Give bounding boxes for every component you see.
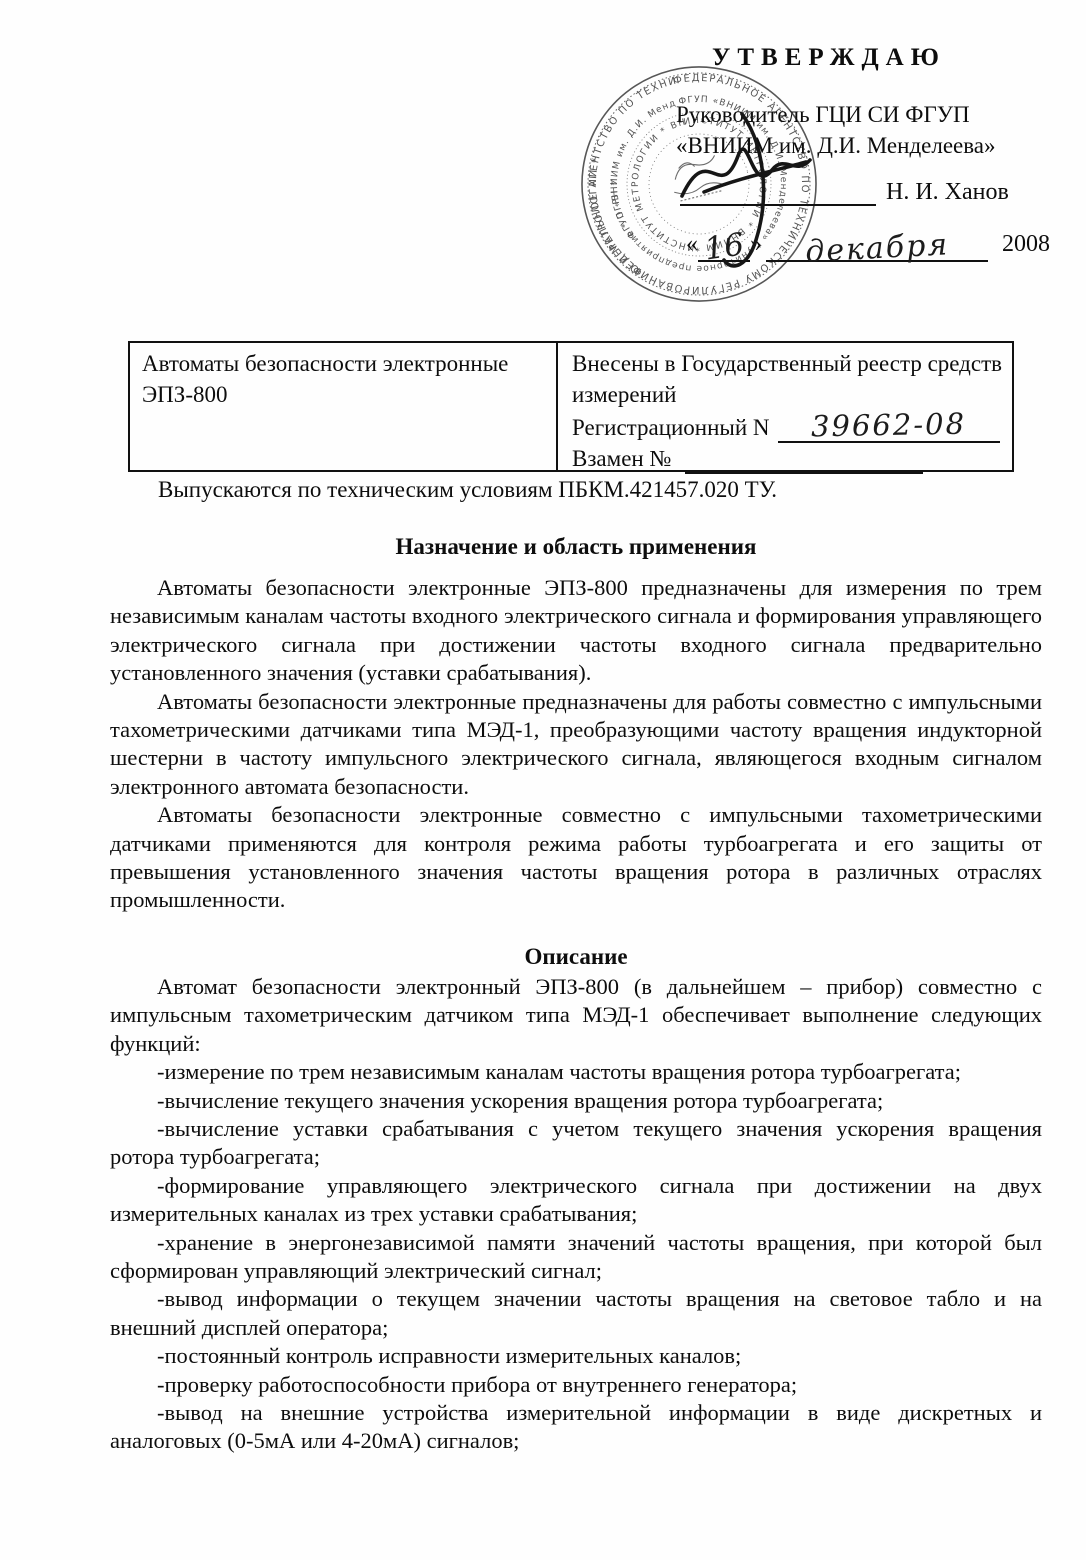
- list-item: -вычисление текущего значения ускорения …: [110, 1087, 1042, 1115]
- list-item: -вывод информации о текущем значении час…: [110, 1285, 1042, 1342]
- replaces-blank-field: [685, 448, 923, 474]
- paragraph: Автоматы безопасности электронные предна…: [110, 688, 1042, 802]
- registration-number-row: Регистрационный N 39662-08: [572, 410, 1012, 443]
- technical-conditions-line: Выпускаются по техническим условиям ПБКМ…: [158, 477, 777, 503]
- list-item: -проверку работоспособности прибора от в…: [110, 1371, 1042, 1399]
- registry-info-table: Автоматы безопасности электронные ЭПЗ-80…: [128, 341, 1014, 472]
- date-year: 2008: [1002, 226, 1050, 262]
- table-cell-product: Автоматы безопасности электронные ЭПЗ-80…: [130, 343, 558, 470]
- replaces-label: Взамен №: [572, 443, 671, 474]
- paragraph: Автоматы безопасности электронные ЭПЗ-80…: [110, 574, 1042, 688]
- section-title-purpose: Назначение и область применения: [110, 533, 1042, 561]
- paragraph: Автомат безопасности электронный ЭПЗ-800…: [110, 973, 1042, 1058]
- replaces-row: Взамен №: [572, 443, 1012, 474]
- list-item: -формирование управляющего электрическог…: [110, 1172, 1042, 1229]
- list-item: -хранение в энергонезависимой памяти зна…: [110, 1229, 1042, 1286]
- registration-number-label: Регистрационный N: [572, 412, 770, 443]
- signer-name: Н. И. Ханов: [886, 179, 1009, 206]
- document-body: Назначение и область применения Автоматы…: [110, 533, 1042, 1456]
- registry-entry-text: Внесены в Государственный реестр средств…: [572, 348, 1012, 410]
- section-title-description: Описание: [110, 943, 1042, 971]
- document-page: ФЕДЕРАЛЬНОЕ АГЕНТСТВО ПО ТЕХНИЧЕСКОМУ РЕ…: [0, 0, 1086, 1560]
- list-item: -измерение по трем независимым каналам ч…: [110, 1058, 1042, 1086]
- list-item: -вычисление уставки срабатывания с учето…: [110, 1115, 1042, 1172]
- list-item: -вывод на внешние устройства измерительн…: [110, 1399, 1042, 1456]
- signature-scribble: [668, 100, 898, 280]
- registration-number-field: 39662-08: [778, 410, 1000, 443]
- paragraph: Автоматы безопасности электронные совмес…: [110, 801, 1042, 915]
- list-item: -постоянный контроль исправности измерит…: [110, 1342, 1042, 1370]
- table-cell-registry: Внесены в Государственный реестр средств…: [558, 343, 1012, 470]
- handwritten-registration-number: 39662-08: [811, 412, 966, 440]
